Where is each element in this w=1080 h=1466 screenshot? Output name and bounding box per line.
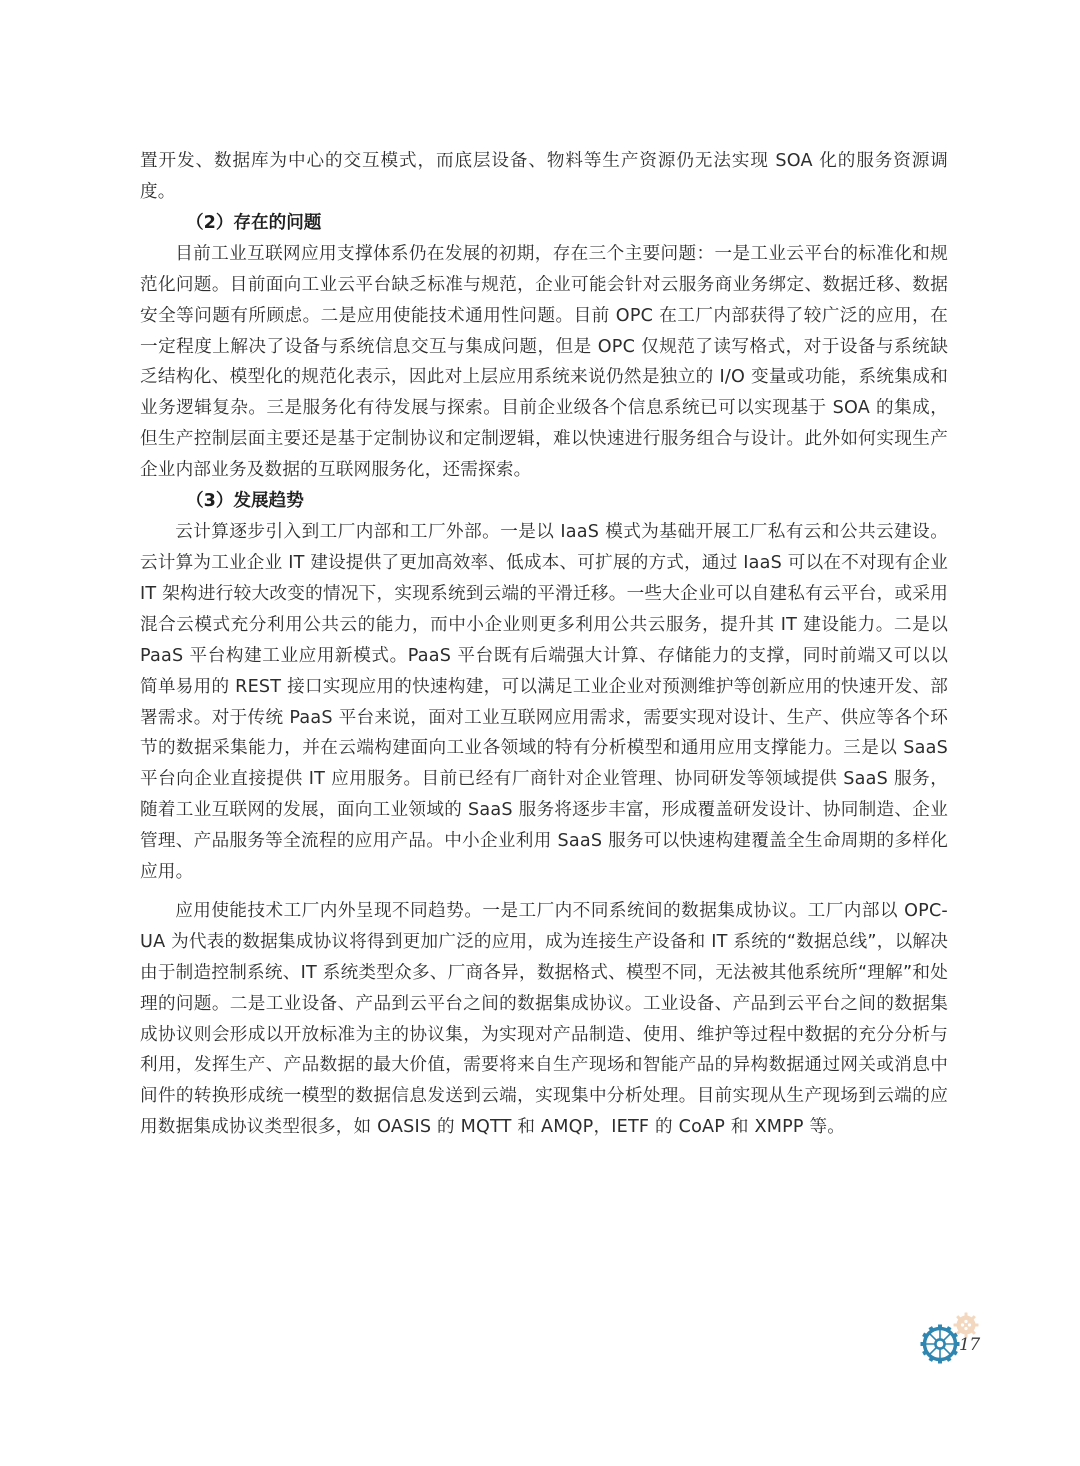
- paragraph-cloud-computing: 云计算逐步引入到工厂内部和工厂外部。一是以 IaaS 模式为基础开展工厂私有云和…: [140, 517, 948, 888]
- page-number: 17: [959, 1335, 980, 1355]
- paragraph-problems: 目前工业互联网应用支撑体系仍在发展的初期，存在三个主要问题：一是工业云平台的标准…: [140, 239, 948, 486]
- gear-wheel-icon: [920, 1324, 960, 1364]
- section-heading-existing-problems: （2）存在的问题: [140, 208, 948, 239]
- paragraph-enabling-technology: 应用使能技术工厂内外呈现不同趋势。一是工厂内不同系统间的数据集成协议。工厂内部以…: [140, 896, 948, 1143]
- paragraph-continued: 置开发、数据库为中心的交互模式，而底层设备、物料等生产资源仍无法实现 SOA 化…: [140, 146, 948, 208]
- section-heading-development-trends: （3）发展趋势: [140, 486, 948, 517]
- page-body: 置开发、数据库为中心的交互模式，而底层设备、物料等生产资源仍无法实现 SOA 化…: [140, 146, 948, 1143]
- page-footer: 17: [920, 1312, 990, 1372]
